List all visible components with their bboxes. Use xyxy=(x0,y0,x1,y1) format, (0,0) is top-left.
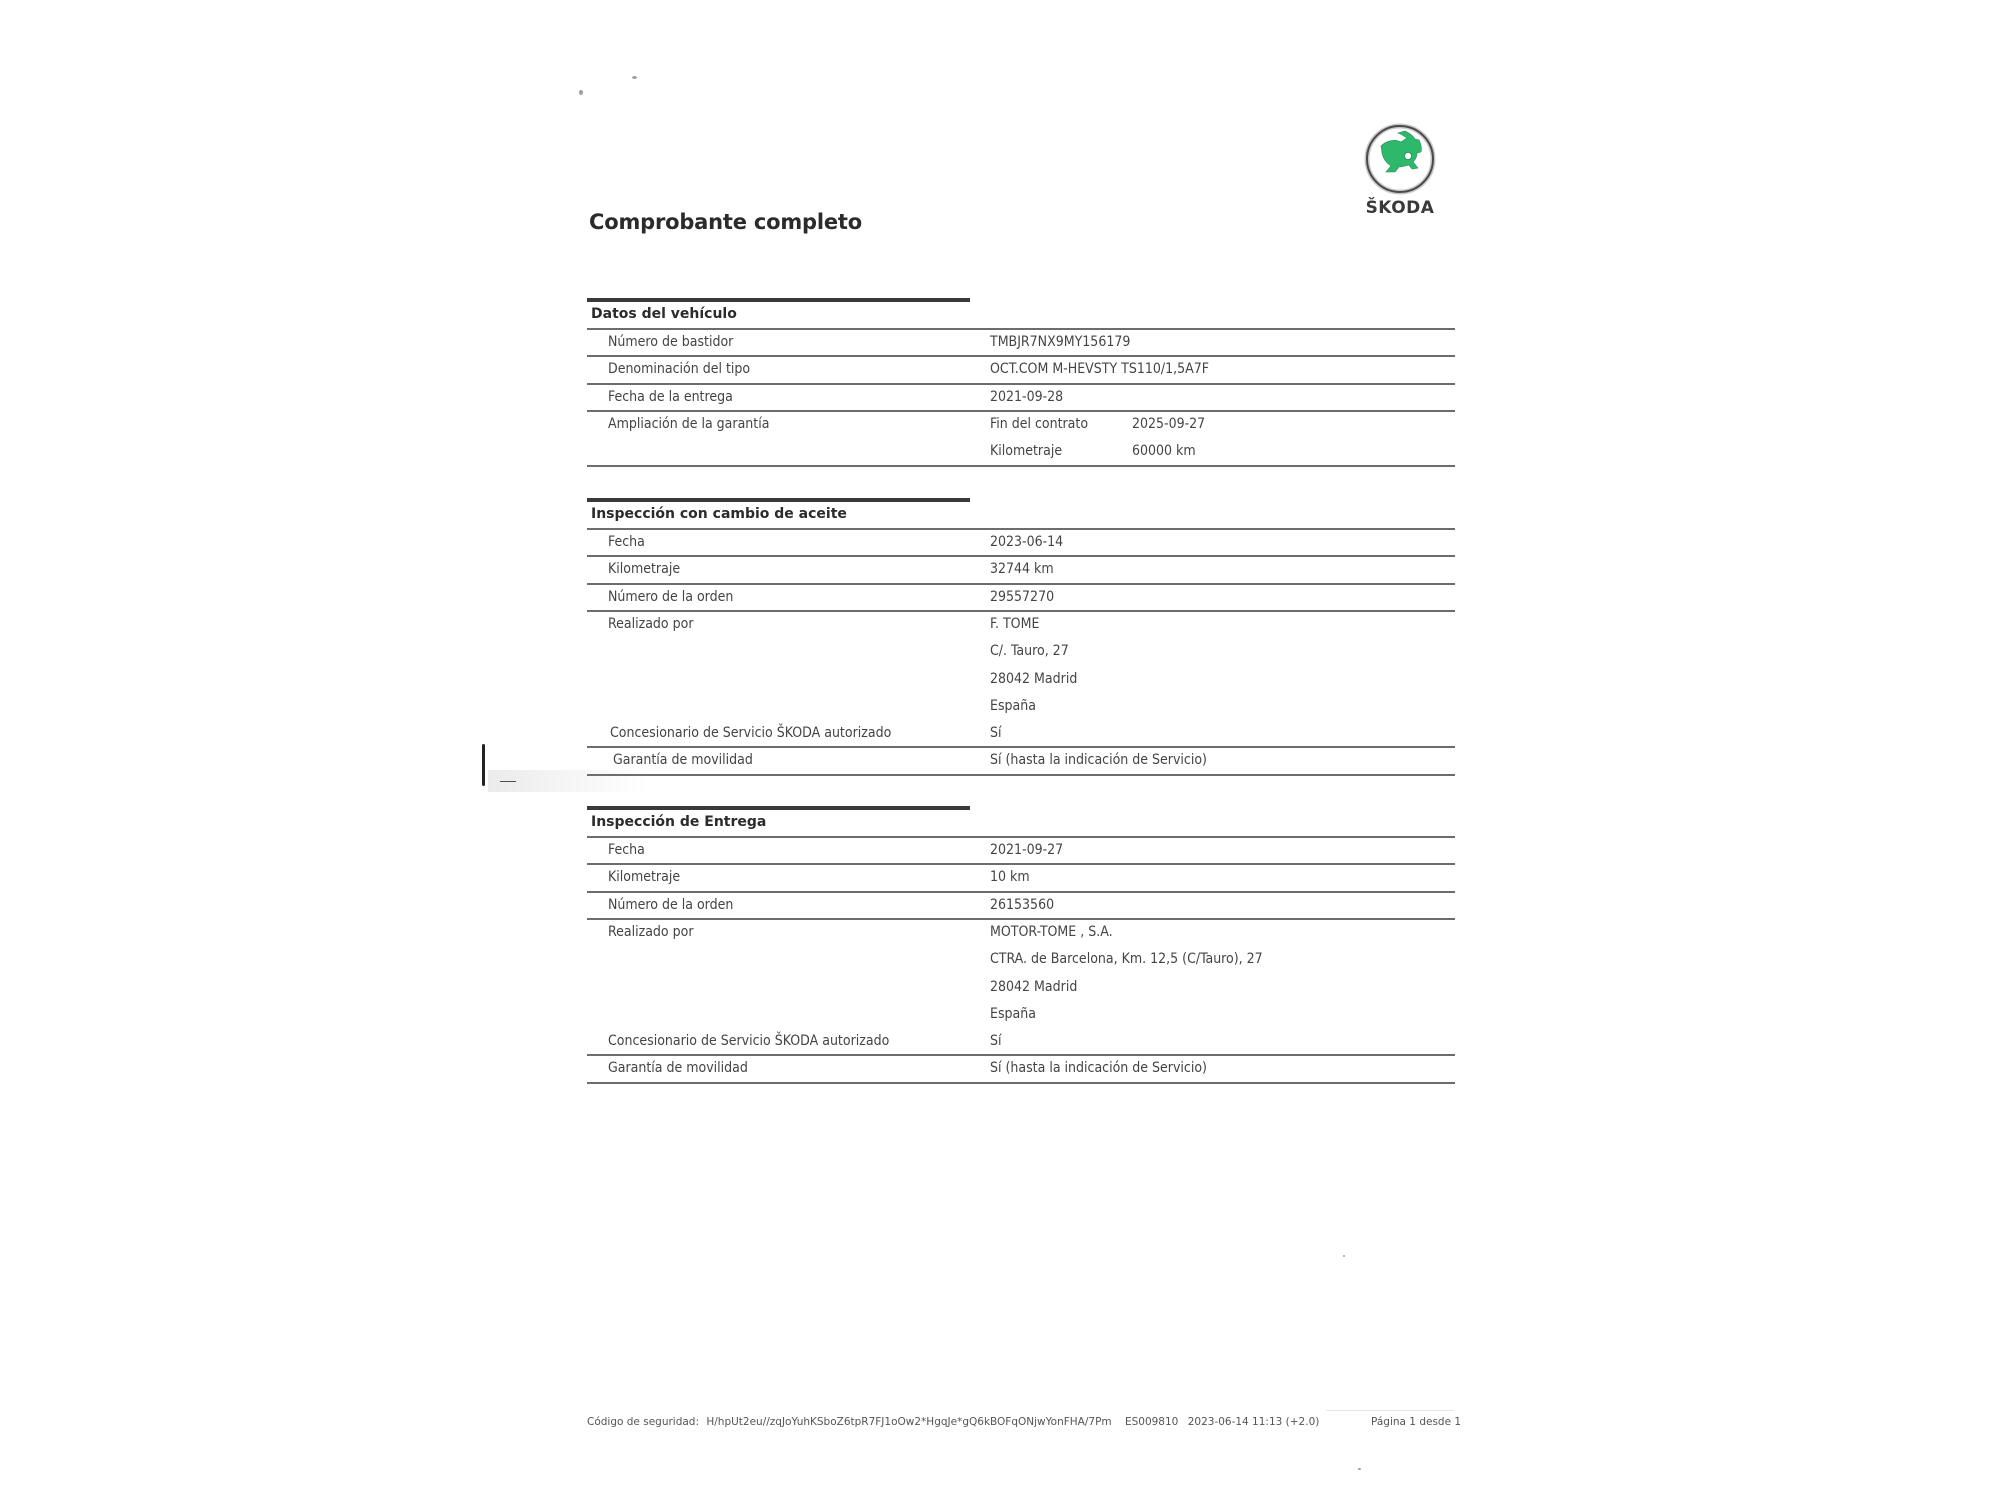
row-divider xyxy=(587,410,1455,412)
document-page: Comprobante completo ŠKODA Datos del veh… xyxy=(0,0,2000,1500)
row-value: España xyxy=(990,1006,1036,1022)
row-value: TMBJR7NX9MY156179 xyxy=(990,334,1130,350)
row-divider xyxy=(587,891,1455,893)
row-value: 2021-09-28 xyxy=(990,389,1063,405)
row-value: Sí xyxy=(990,1033,1002,1049)
section-title: Inspección con cambio de aceite xyxy=(591,506,847,522)
row-value: 32744 km xyxy=(990,561,1054,577)
row-label: Garantía de movilidad xyxy=(613,752,753,768)
row-label: Realizado por xyxy=(608,616,694,632)
row-label: Número de la orden xyxy=(608,897,733,913)
row-divider xyxy=(587,1054,1455,1056)
row-divider xyxy=(587,465,1455,467)
timestamp: 2023-06-14 11:13 (+2.0) xyxy=(1188,1416,1320,1428)
sub-label: Kilometraje xyxy=(990,443,1062,459)
page-title: Comprobante completo xyxy=(589,210,862,234)
row-label: Fecha xyxy=(608,534,645,550)
row-label: Garantía de movilidad xyxy=(608,1060,748,1076)
brand-wordmark: ŠKODA xyxy=(1344,198,1456,218)
brand-logo: ŠKODA xyxy=(1344,122,1456,224)
row-divider xyxy=(587,328,1455,330)
row-label: Ampliación de la garantía xyxy=(608,416,769,432)
row-value: 10 km xyxy=(990,869,1030,885)
row-value: OCT.COM M-HEVSTY TS110/1,5A7F xyxy=(990,361,1209,377)
sub-value: 2025-09-27 xyxy=(1132,416,1205,432)
row-label: Denominación del tipo xyxy=(608,361,750,377)
scan-speck xyxy=(579,90,583,95)
row-label: Concesionario de Servicio ŠKODA autoriza… xyxy=(610,725,891,741)
sub-value: 60000 km xyxy=(1132,443,1196,459)
row-value: 28042 Madrid xyxy=(990,671,1077,687)
row-divider xyxy=(587,918,1455,920)
sub-label: Fin del contrato xyxy=(990,416,1088,432)
row-divider xyxy=(587,774,1455,776)
row-value: Sí (hasta la indicación de Servicio) xyxy=(990,1060,1207,1076)
row-label: Kilometraje xyxy=(608,869,680,885)
row-value: 28042 Madrid xyxy=(990,979,1077,995)
row-divider xyxy=(587,583,1455,585)
row-divider xyxy=(587,528,1455,530)
row-divider xyxy=(587,383,1455,385)
row-value: Sí (hasta la indicación de Servicio) xyxy=(990,752,1207,768)
row-divider xyxy=(587,836,1455,838)
row-label: Concesionario de Servicio ŠKODA autoriza… xyxy=(608,1033,889,1049)
row-label: Kilometraje xyxy=(608,561,680,577)
security-label: Código de seguridad: xyxy=(587,1416,699,1428)
section-title: Datos del vehículo xyxy=(591,306,737,322)
section-header-bar xyxy=(587,806,970,810)
row-value: 2023-06-14 xyxy=(990,534,1063,550)
row-value: 2021-09-27 xyxy=(990,842,1063,858)
row-divider xyxy=(587,746,1455,748)
footer-security: Código de seguridad: H/hpUt2eu//zqJoYuhK… xyxy=(587,1416,1319,1428)
skoda-logo-icon xyxy=(1355,122,1445,196)
row-value: CTRA. de Barcelona, Km. 12,5 (C/Tauro), … xyxy=(990,951,1263,967)
row-value: F. TOME xyxy=(990,616,1039,632)
dealer-code: ES009810 xyxy=(1125,1416,1178,1428)
scan-speck xyxy=(1358,1468,1361,1470)
row-divider xyxy=(587,863,1455,865)
row-label: Fecha de la entrega xyxy=(608,389,733,405)
section-header-bar xyxy=(587,498,970,502)
row-divider xyxy=(587,355,1455,357)
row-label: Número de la orden xyxy=(608,589,733,605)
footer-divider xyxy=(1326,1410,1454,1411)
scan-speck xyxy=(1343,1255,1345,1257)
row-divider xyxy=(587,555,1455,557)
row-divider xyxy=(587,1082,1455,1084)
row-value: 29557270 xyxy=(990,589,1054,605)
scan-speck xyxy=(632,76,637,79)
section-header-bar xyxy=(587,298,970,302)
row-value: C/. Tauro, 27 xyxy=(990,643,1069,659)
row-value: Sí xyxy=(990,725,1002,741)
page-indicator: Página 1 desde 1 xyxy=(1371,1416,1461,1428)
row-label: Fecha xyxy=(608,842,645,858)
row-value: España xyxy=(990,698,1036,714)
row-value: 26153560 xyxy=(990,897,1054,913)
row-label: Número de bastidor xyxy=(608,334,733,350)
scan-edge-mark xyxy=(482,744,485,786)
section-title: Inspección de Entrega xyxy=(591,814,766,830)
row-divider xyxy=(587,610,1455,612)
row-label: Realizado por xyxy=(608,924,694,940)
row-value: MOTOR-TOME , S.A. xyxy=(990,924,1113,940)
security-code: H/hpUt2eu//zqJoYuhKSboZ6tpR7FJ1oOw2*HgqJ… xyxy=(706,1416,1111,1428)
